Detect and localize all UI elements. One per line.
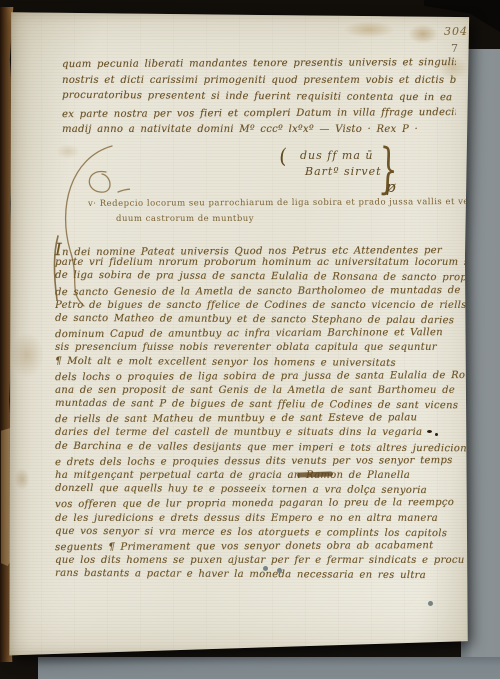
manuscript-line: ha mitgençant perpetual carta de gracia … — [55, 469, 467, 483]
manuscript-line: sis presencium fuisse nobis reverenter o… — [55, 341, 467, 355]
ink-speck — [427, 430, 432, 433]
manuscript-line: nostris et dicti carissimi primogeniti q… — [62, 73, 456, 90]
manuscript-line: rans bastants a pactar e haver la moneda… — [55, 567, 467, 584]
folio-number-pencil: 7 — [451, 42, 458, 55]
notarial-mark: p̷ — [386, 178, 397, 196]
closing-paragraph: quam pecunia liberati mandantes tenore p… — [62, 56, 456, 139]
manuscript-line: dominum Capud de amuntbuy ac infra vicar… — [55, 326, 467, 342]
manuscript-line: procuratoribus presentent si inde fuerin… — [62, 88, 456, 107]
ink-hole-dot — [263, 566, 268, 571]
manuscript-line: ana de sen proposit de sant Genis de la … — [55, 384, 467, 398]
ink-hole-dot — [428, 601, 433, 606]
manuscript-line: seguents ¶ Primerament que vos senyor do… — [55, 539, 467, 555]
manuscript-line: daries del terme del castell de muntbuy … — [55, 426, 467, 440]
foxing-stain — [14, 468, 30, 490]
manuscript-line: de les juredicions e drets dessus dits E… — [55, 512, 467, 526]
main-text-block: In dei nomine Pateat universis Quod nos … — [55, 242, 467, 583]
manuscript-line: vos offeren que de lur propria moneda pa… — [55, 496, 467, 512]
rubric-text: Redepcio locorum seu parrochiarum de lig… — [100, 197, 468, 209]
manuscript-line: de riells de sant Matheu de muntbuy e de… — [55, 411, 467, 427]
chancery-note-line2: Bartº sirvet — [305, 165, 382, 178]
manuscript-photograph: 304 7 quam pecunia liberati mandantes te… — [0, 0, 500, 679]
ink-hole-dot — [277, 568, 282, 573]
rubric-heading: v· Redepcio locorum seu parrochiarum de … — [88, 196, 468, 227]
manuscript-page: 304 7 quam pecunia liberati mandantes te… — [8, 10, 471, 658]
folio-number-ink: 304 — [444, 25, 468, 38]
rubric-line: v· Redepcio locorum seu parrochiarum de … — [88, 195, 468, 212]
rubric-line: duum castrorum de muntbuy — [116, 212, 286, 228]
manuscript-line: dels lochs o proquies de liga sobira de … — [55, 369, 467, 385]
manuscript-line: Petro de bigues de sancto ffelice de Cod… — [55, 299, 467, 313]
chancery-opening-mark: ( — [277, 144, 289, 169]
foxing-stain — [408, 24, 438, 44]
foxing-stain — [10, 332, 44, 378]
foxing-stain — [343, 21, 395, 38]
manuscript-line: e drets dels lochs e proquies dessus dit… — [55, 454, 467, 470]
manuscript-line: In dei nomine Pateat universis Quod nos … — [55, 241, 467, 257]
manuscript-line: quam pecunia liberati mandantes tenore p… — [62, 55, 456, 74]
page-shadow: 304 7 quam pecunia liberati mandantes te… — [0, 0, 500, 679]
manuscript-line: ex parte nostra per vos fieri et compler… — [62, 105, 456, 124]
chancery-note-line1: dus ff ma ū — [300, 149, 373, 162]
manuscript-line: de sancto Genesio de la Ametla de sancto… — [55, 283, 467, 299]
ink-speck — [435, 433, 438, 436]
manuscript-line: madij anno a nativitate domini Mº cccº l… — [62, 122, 456, 139]
